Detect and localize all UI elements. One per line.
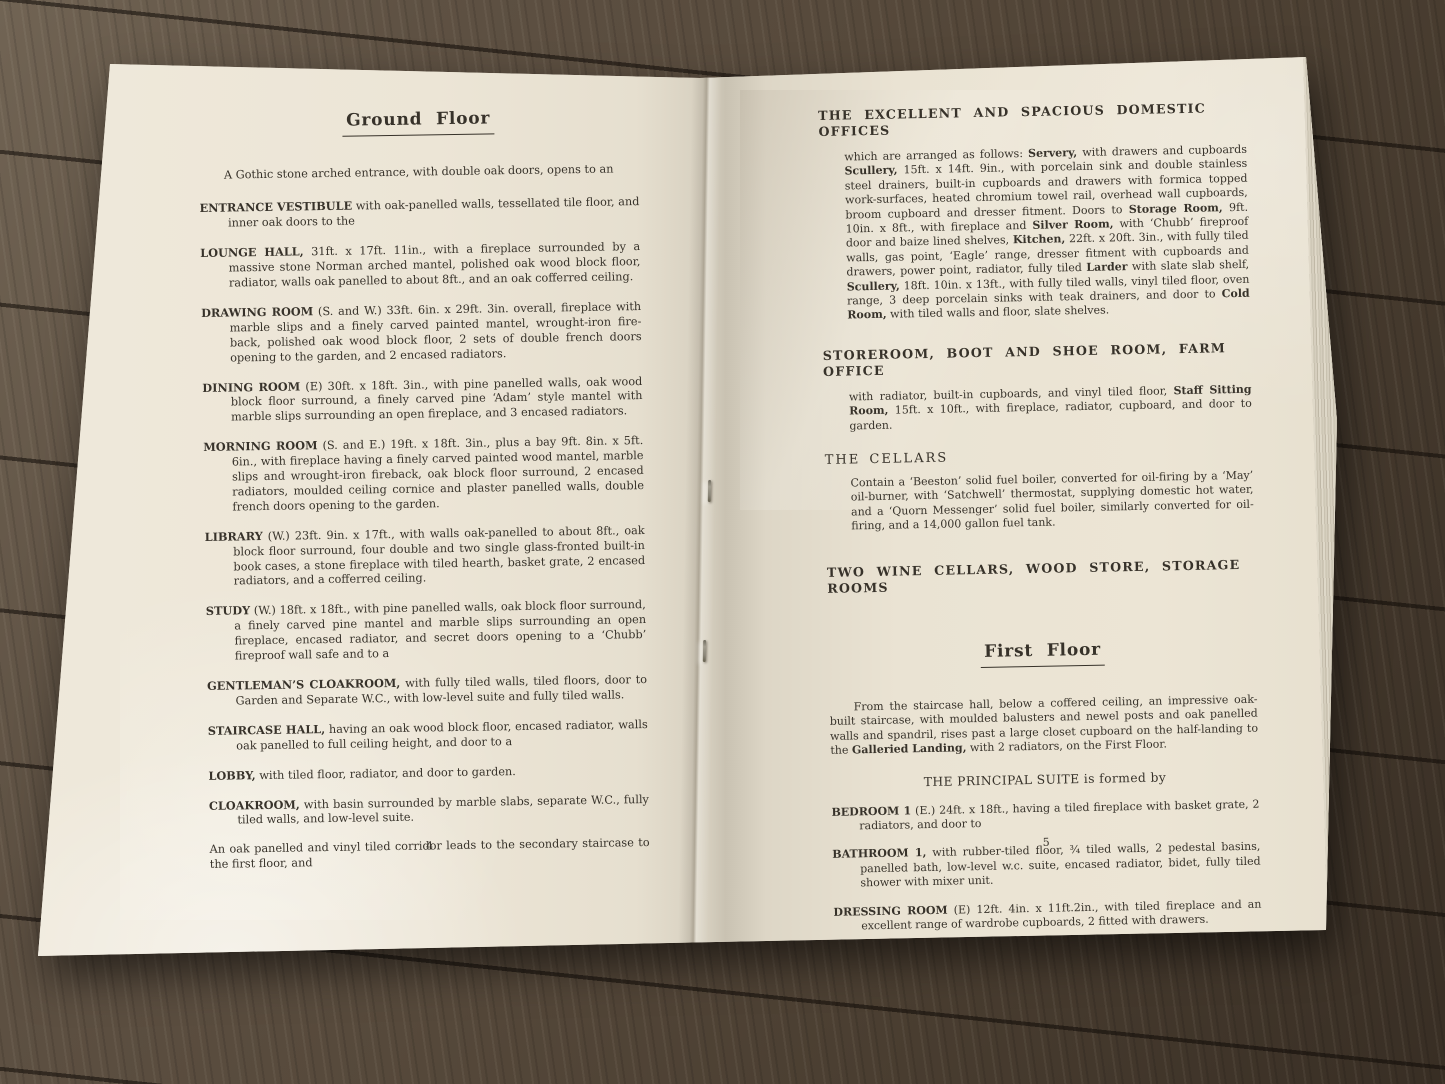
heading-wine-cellars: TWO WINE CELLARS, WOOD STORE, STORAGE RO… — [827, 556, 1256, 597]
page-number-right: 5 — [1043, 835, 1050, 850]
subheading-principal-suite: THE PRINCIPAL SUITE is formed by — [831, 767, 1259, 791]
room-morning-room: MORNING ROOM (S. and E.) 19ft. x 18ft. 3… — [203, 433, 644, 515]
heading-domestic-offices: THE EXCELLENT AND SPACIOUS DOMESTIC OFFI… — [818, 100, 1247, 141]
para-cellars: Contain a ‘Beeston’ solid fuel boiler, c… — [850, 469, 1254, 534]
page-title-first-floor: First Floor — [828, 635, 1256, 670]
left-page-blocks: Ground FloorA Gothic stone arched entran… — [198, 105, 650, 873]
room-bedroom-1: BEDROOM 1 (E.) 24ft. x 18ft., having a t… — [831, 797, 1259, 834]
room-lobby: LOBBY, with tiled floor, radiator, and d… — [208, 762, 648, 785]
para-first-floor: From the staircase hall, below a coffere… — [829, 693, 1258, 759]
para-domestic-offices: which are arranged as follows: Servery, … — [844, 143, 1250, 324]
heading-the-cellars: THE CELLARS — [825, 444, 1253, 469]
page-title-ground-floor: Ground Floor — [198, 105, 638, 139]
right-page-first-floor: THE EXCELLENT AND SPACIOUS DOMESTIC OFFI… — [818, 98, 1260, 854]
left-page-ground-floor: Ground FloorA Gothic stone arched entran… — [198, 103, 650, 858]
right-page-blocks: THE EXCELLENT AND SPACIOUS DOMESTIC OFFI… — [818, 100, 1262, 935]
centre-fold-crease — [678, 60, 722, 945]
room-dining-room: DINING ROOM (E) 30ft. x 18ft. 3in., with… — [202, 374, 643, 427]
heading-storeroom: STOREROOM, BOOT AND SHOE ROOM, FARM OFFI… — [823, 340, 1252, 381]
booklet-shadow-wrap: Ground FloorA Gothic stone arched entran… — [0, 0, 1445, 1084]
para-storeroom: with radiator, built-in cupboards, and v… — [849, 383, 1252, 434]
room-library: LIBRARY (W.) 23ft. 9in. x 17ft., with wa… — [205, 523, 646, 591]
open-booklet: Ground FloorA Gothic stone arched entran… — [0, 0, 1445, 1084]
page-stack-edge — [1303, 49, 1354, 939]
intro-paragraph: A Gothic stone arched entrance, with dou… — [199, 163, 639, 185]
room-entrance-vestibule: ENTRANCE VESTIBULE with oak-panelled wal… — [199, 194, 639, 232]
staple — [708, 480, 711, 502]
room-cloakroom: CLOAKROOM, with basin surrounded by marb… — [209, 792, 649, 830]
photo-of-sales-brochure: Ground FloorA Gothic stone arched entran… — [0, 0, 1445, 1084]
room-gentlemans-cloakroom: GENTLEMAN’S CLOAKROOM, with fully tiled … — [207, 672, 647, 710]
page-number-left: 4 — [426, 840, 433, 855]
room-study: STUDY (W.) 18ft. x 18ft., with pine pane… — [206, 597, 647, 665]
room-drawing-room: DRAWING ROOM (S. and W.) 33ft. 6in. x 29… — [201, 299, 642, 367]
room-staircase-hall: STAIRCASE HALL, having an oak wood block… — [208, 717, 648, 755]
room-dressing-room: DRESSING ROOM (E) 12ft. 4in. x 11ft.2in.… — [833, 897, 1261, 934]
room-lounge-hall: LOUNGE HALL, 31ft. x 17ft. 11in., with a… — [200, 239, 641, 292]
staple — [703, 640, 706, 662]
